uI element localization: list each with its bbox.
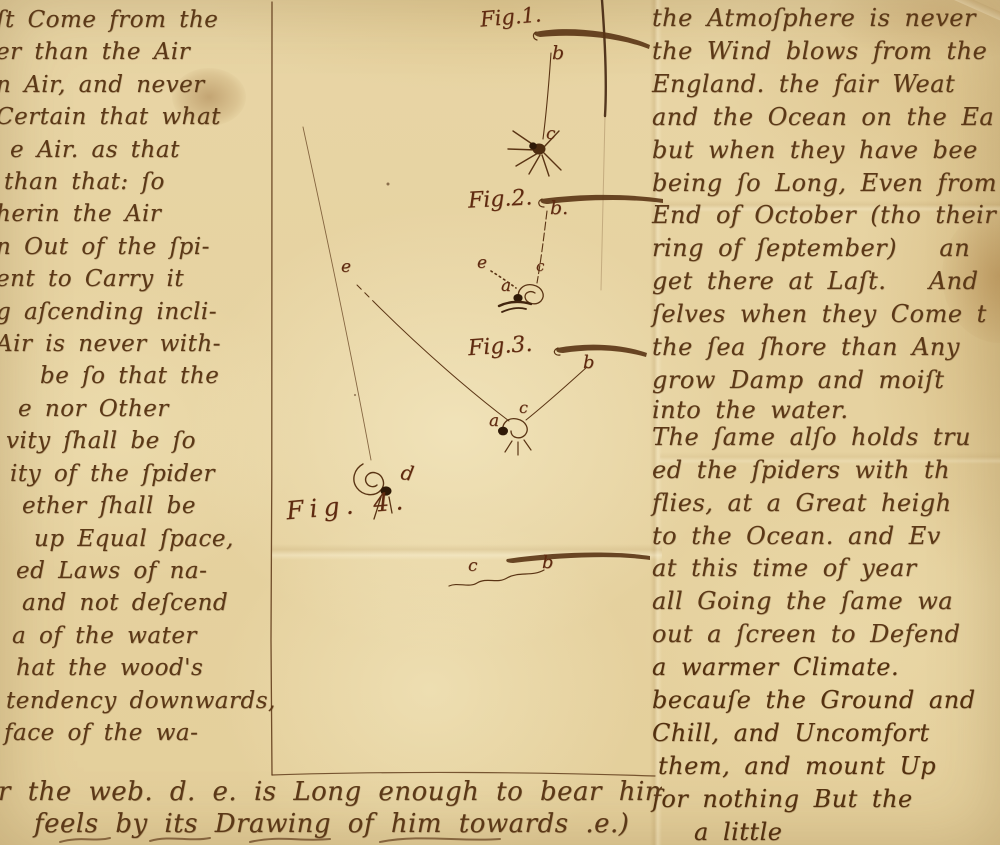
fig5-point-b: b [542,552,554,573]
fig3-point-c: c [519,398,528,417]
fold-line-dark [602,0,606,116]
fig5-wavy-thread [449,570,544,586]
figure-drawings [0,0,1000,845]
fold-line-faint [601,116,605,290]
fig5-point-c: c [468,556,478,576]
fig1-point-c: c [546,124,556,144]
manuscript-page: ſt Come from theer than the Airn Air, an… [0,0,1000,845]
fig5-branch [506,553,650,563]
fig3-point-a: a [489,411,499,431]
fig2-point-e: e [477,253,487,273]
fig2-point-b: b. [550,197,568,219]
fig3-label: Fig.3. [467,332,533,361]
fig3-thread-to-e [374,302,509,421]
ink-speck [354,394,356,396]
fig4-thread [303,127,371,460]
ink-speck [387,183,390,186]
fig1-point-b: b [552,42,564,64]
box-bottom-border [272,772,655,776]
fig3-spider [498,419,531,455]
fig2-point-a: a [501,276,511,296]
fig2-label: Fig.2. [467,185,533,213]
fig3-thread-to-e-dashed [357,285,374,302]
clipped-bottom-line-strokes [60,838,500,842]
box-left-border [271,2,272,775]
fig3-branch [556,345,647,357]
fig3-thread-to-branch [526,367,587,420]
fig3-point-e: e [341,257,351,277]
fig3-point-b: b [583,352,595,373]
fig2-point-c: c [536,257,544,275]
